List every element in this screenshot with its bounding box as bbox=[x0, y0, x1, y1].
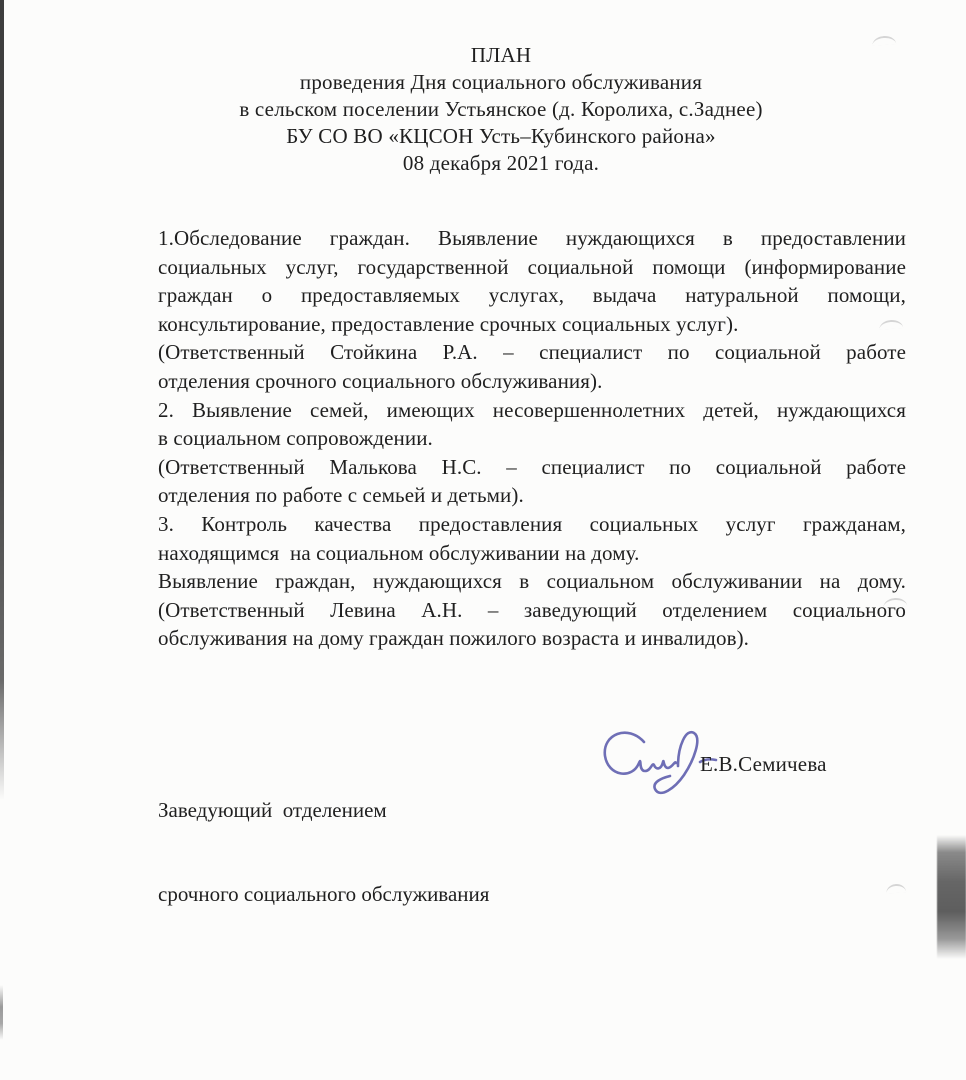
scan-shadow-strip-right bbox=[937, 835, 966, 959]
title-line-3: в сельском поселении Устьянское (д. Коро… bbox=[56, 96, 946, 123]
body-line-p2-l2: отделения срочного социального обслужива… bbox=[158, 367, 906, 396]
body-line-p4-l1: (Ответственный Малькова Н.С. – специалис… bbox=[158, 453, 906, 482]
body-line-p1-l1: 1.Обследование граждан. Выявление нуждаю… bbox=[158, 224, 906, 253]
scan-edge-line-left bbox=[0, 0, 4, 800]
title-line-2: проведения Дня социального обслуживания bbox=[56, 69, 946, 96]
scan-mark-top-right bbox=[872, 35, 897, 46]
body-line-p3-l2: в социальном сопровождении. bbox=[158, 424, 906, 453]
scan-mark-bottom-right bbox=[886, 883, 907, 893]
body-line-p7-l1: (Ответственный Левина А.Н. – заведующий … bbox=[158, 596, 906, 625]
signatory-position-line-2: срочного социального обслуживания bbox=[158, 880, 578, 908]
signatory-position: Заведующий отделением срочного социально… bbox=[158, 740, 578, 964]
signatory-name: Е.В.Семичева bbox=[700, 752, 827, 777]
body-line-p5-l2: находящимся на социальном обслуживании н… bbox=[158, 539, 906, 568]
document-body: 1.Обследование граждан. Выявление нуждаю… bbox=[158, 224, 906, 653]
body-line-p3-l1: 2. Выявление семей, имеющих несовершенно… bbox=[158, 396, 906, 425]
title-line-1: ПЛАН bbox=[56, 42, 946, 69]
scan-edge-line-left-lower bbox=[0, 985, 3, 1040]
document-page: ПЛАН проведения Дня социального обслужив… bbox=[0, 0, 966, 1080]
body-line-p7-l2: обслуживания на дому граждан пожилого во… bbox=[158, 624, 906, 653]
body-line-p5-l1: 3. Контроль качества предоставления соци… bbox=[158, 510, 906, 539]
body-line-p1-l2: социальных услуг, государственной социал… bbox=[158, 253, 906, 282]
body-line-p1-l3: граждан о предоставляемых услугах, выдач… bbox=[158, 281, 906, 310]
body-line-p6-l1: Выявление граждан, нуждающихся в социаль… bbox=[158, 567, 906, 596]
title-line-5: 08 декабря 2021 года. bbox=[56, 150, 946, 177]
document-title-block: ПЛАН проведения Дня социального обслужив… bbox=[56, 42, 946, 177]
body-line-p4-l2: отделения по работе с семьей и детьми). bbox=[158, 481, 906, 510]
body-line-p1-l4: консультирование, предоставление срочных… bbox=[158, 310, 906, 339]
title-line-4: БУ СО ВО «КЦСОН Усть–Кубинского района» bbox=[56, 123, 946, 150]
body-line-p2-l1: (Ответственный Стойкина Р.А. – специалис… bbox=[158, 338, 906, 367]
signatory-position-line-1: Заведующий отделением bbox=[158, 796, 578, 824]
